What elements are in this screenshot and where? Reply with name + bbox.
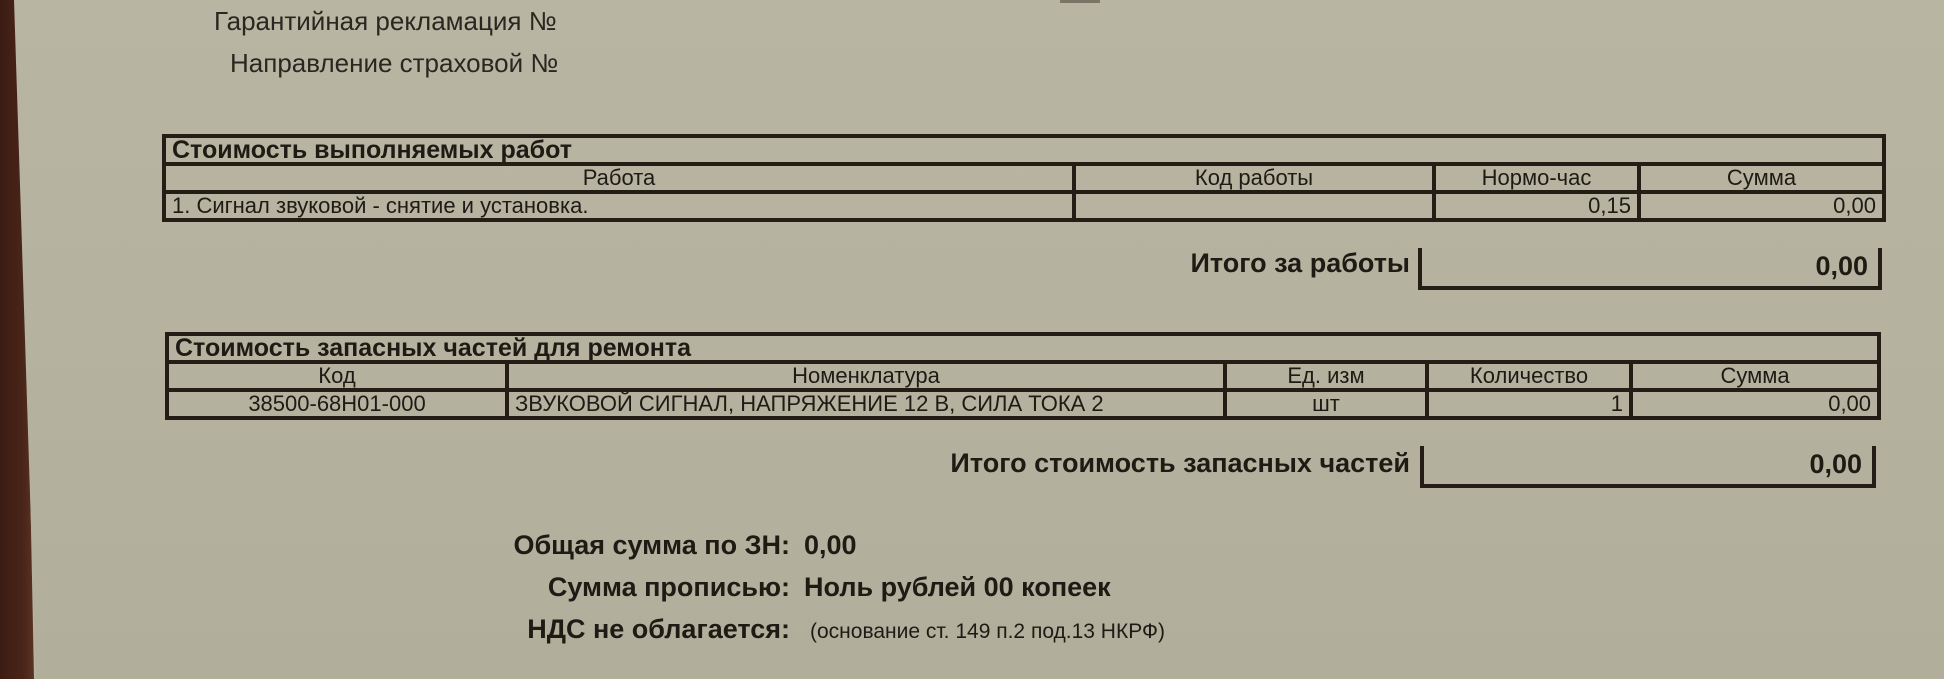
parts-total-label: Итого стоимость запасных частей (950, 448, 1410, 479)
table-row: 38500-68H01-000 ЗВУКОВОЙ СИГНАЛ, НАПРЯЖЕ… (167, 390, 1879, 418)
sum-in-words-value: Ноль рублей 00 копеек (804, 572, 1111, 603)
summary-total-row: Общая сумма по ЗН: 0,00 (440, 530, 1165, 572)
sum-in-words-label: Сумма прописью: (440, 572, 804, 603)
table-row: 1. Сигнал звуковой - снятие и установка.… (164, 192, 1884, 220)
col-header-quantity: Количество (1427, 362, 1631, 390)
print-mark (1060, 0, 1100, 3)
vat-note: (основание ст. 149 п.2 под.13 НКРФ) (804, 620, 1165, 644)
works-total-label: Итого за работы (1190, 248, 1410, 279)
norm-hours-cell: 0,15 (1434, 192, 1639, 220)
work-code-cell (1074, 192, 1434, 220)
work-cell: 1. Сигнал звуковой - снятие и установка. (164, 192, 1074, 220)
order-total-label: Общая сумма по ЗН: (440, 530, 804, 561)
warranty-claim-label: Гарантийная рекламация № (214, 6, 557, 37)
vat-label: НДС не облагается: (440, 614, 804, 645)
quantity-cell: 1 (1427, 390, 1631, 418)
works-total-value: 0,00 (1418, 248, 1882, 290)
parts-section-title: Стоимость запасных частей для ремонта (167, 334, 1879, 362)
col-header-norm-hours: Нормо-час (1434, 164, 1639, 192)
summary-vat-row: НДС не облагается: (основание ст. 149 п.… (440, 614, 1165, 656)
works-section-title: Стоимость выполняемых работ (164, 136, 1884, 164)
col-header-work-code: Код работы (1074, 164, 1434, 192)
works-title-row: Стоимость выполняемых работ (164, 136, 1884, 164)
part-name-cell: ЗВУКОВОЙ СИГНАЛ, НАПРЯЖЕНИЕ 12 В, СИЛА Т… (507, 390, 1225, 418)
col-header-nomenclature: Номенклатура (507, 362, 1225, 390)
col-header-work: Работа (164, 164, 1074, 192)
col-header-code: Код (167, 362, 507, 390)
sum-cell: 0,00 (1639, 192, 1884, 220)
order-total-value: 0,00 (804, 530, 857, 561)
summary-block: Общая сумма по ЗН: 0,00 Сумма прописью: … (440, 530, 1165, 656)
parts-title-row: Стоимость запасных частей для ремонта (167, 334, 1879, 362)
col-header-sum: Сумма (1639, 164, 1884, 192)
insurance-referral-label: Направление страховой № (230, 48, 558, 79)
unit-cell: шт (1225, 390, 1427, 418)
sum-cell: 0,00 (1631, 390, 1879, 418)
parts-cost-table: Стоимость запасных частей для ремонта Ко… (165, 332, 1881, 420)
parts-total-value: 0,00 (1420, 446, 1876, 488)
parts-header-row: Код Номенклатура Ед. изм Количество Сумм… (167, 362, 1879, 390)
summary-words-row: Сумма прописью: Ноль рублей 00 копеек (440, 572, 1165, 614)
col-header-unit: Ед. изм (1225, 362, 1427, 390)
works-header-row: Работа Код работы Нормо-час Сумма (164, 164, 1884, 192)
col-header-sum: Сумма (1631, 362, 1879, 390)
works-cost-table: Стоимость выполняемых работ Работа Код р… (162, 134, 1886, 222)
part-code-cell: 38500-68H01-000 (167, 390, 507, 418)
